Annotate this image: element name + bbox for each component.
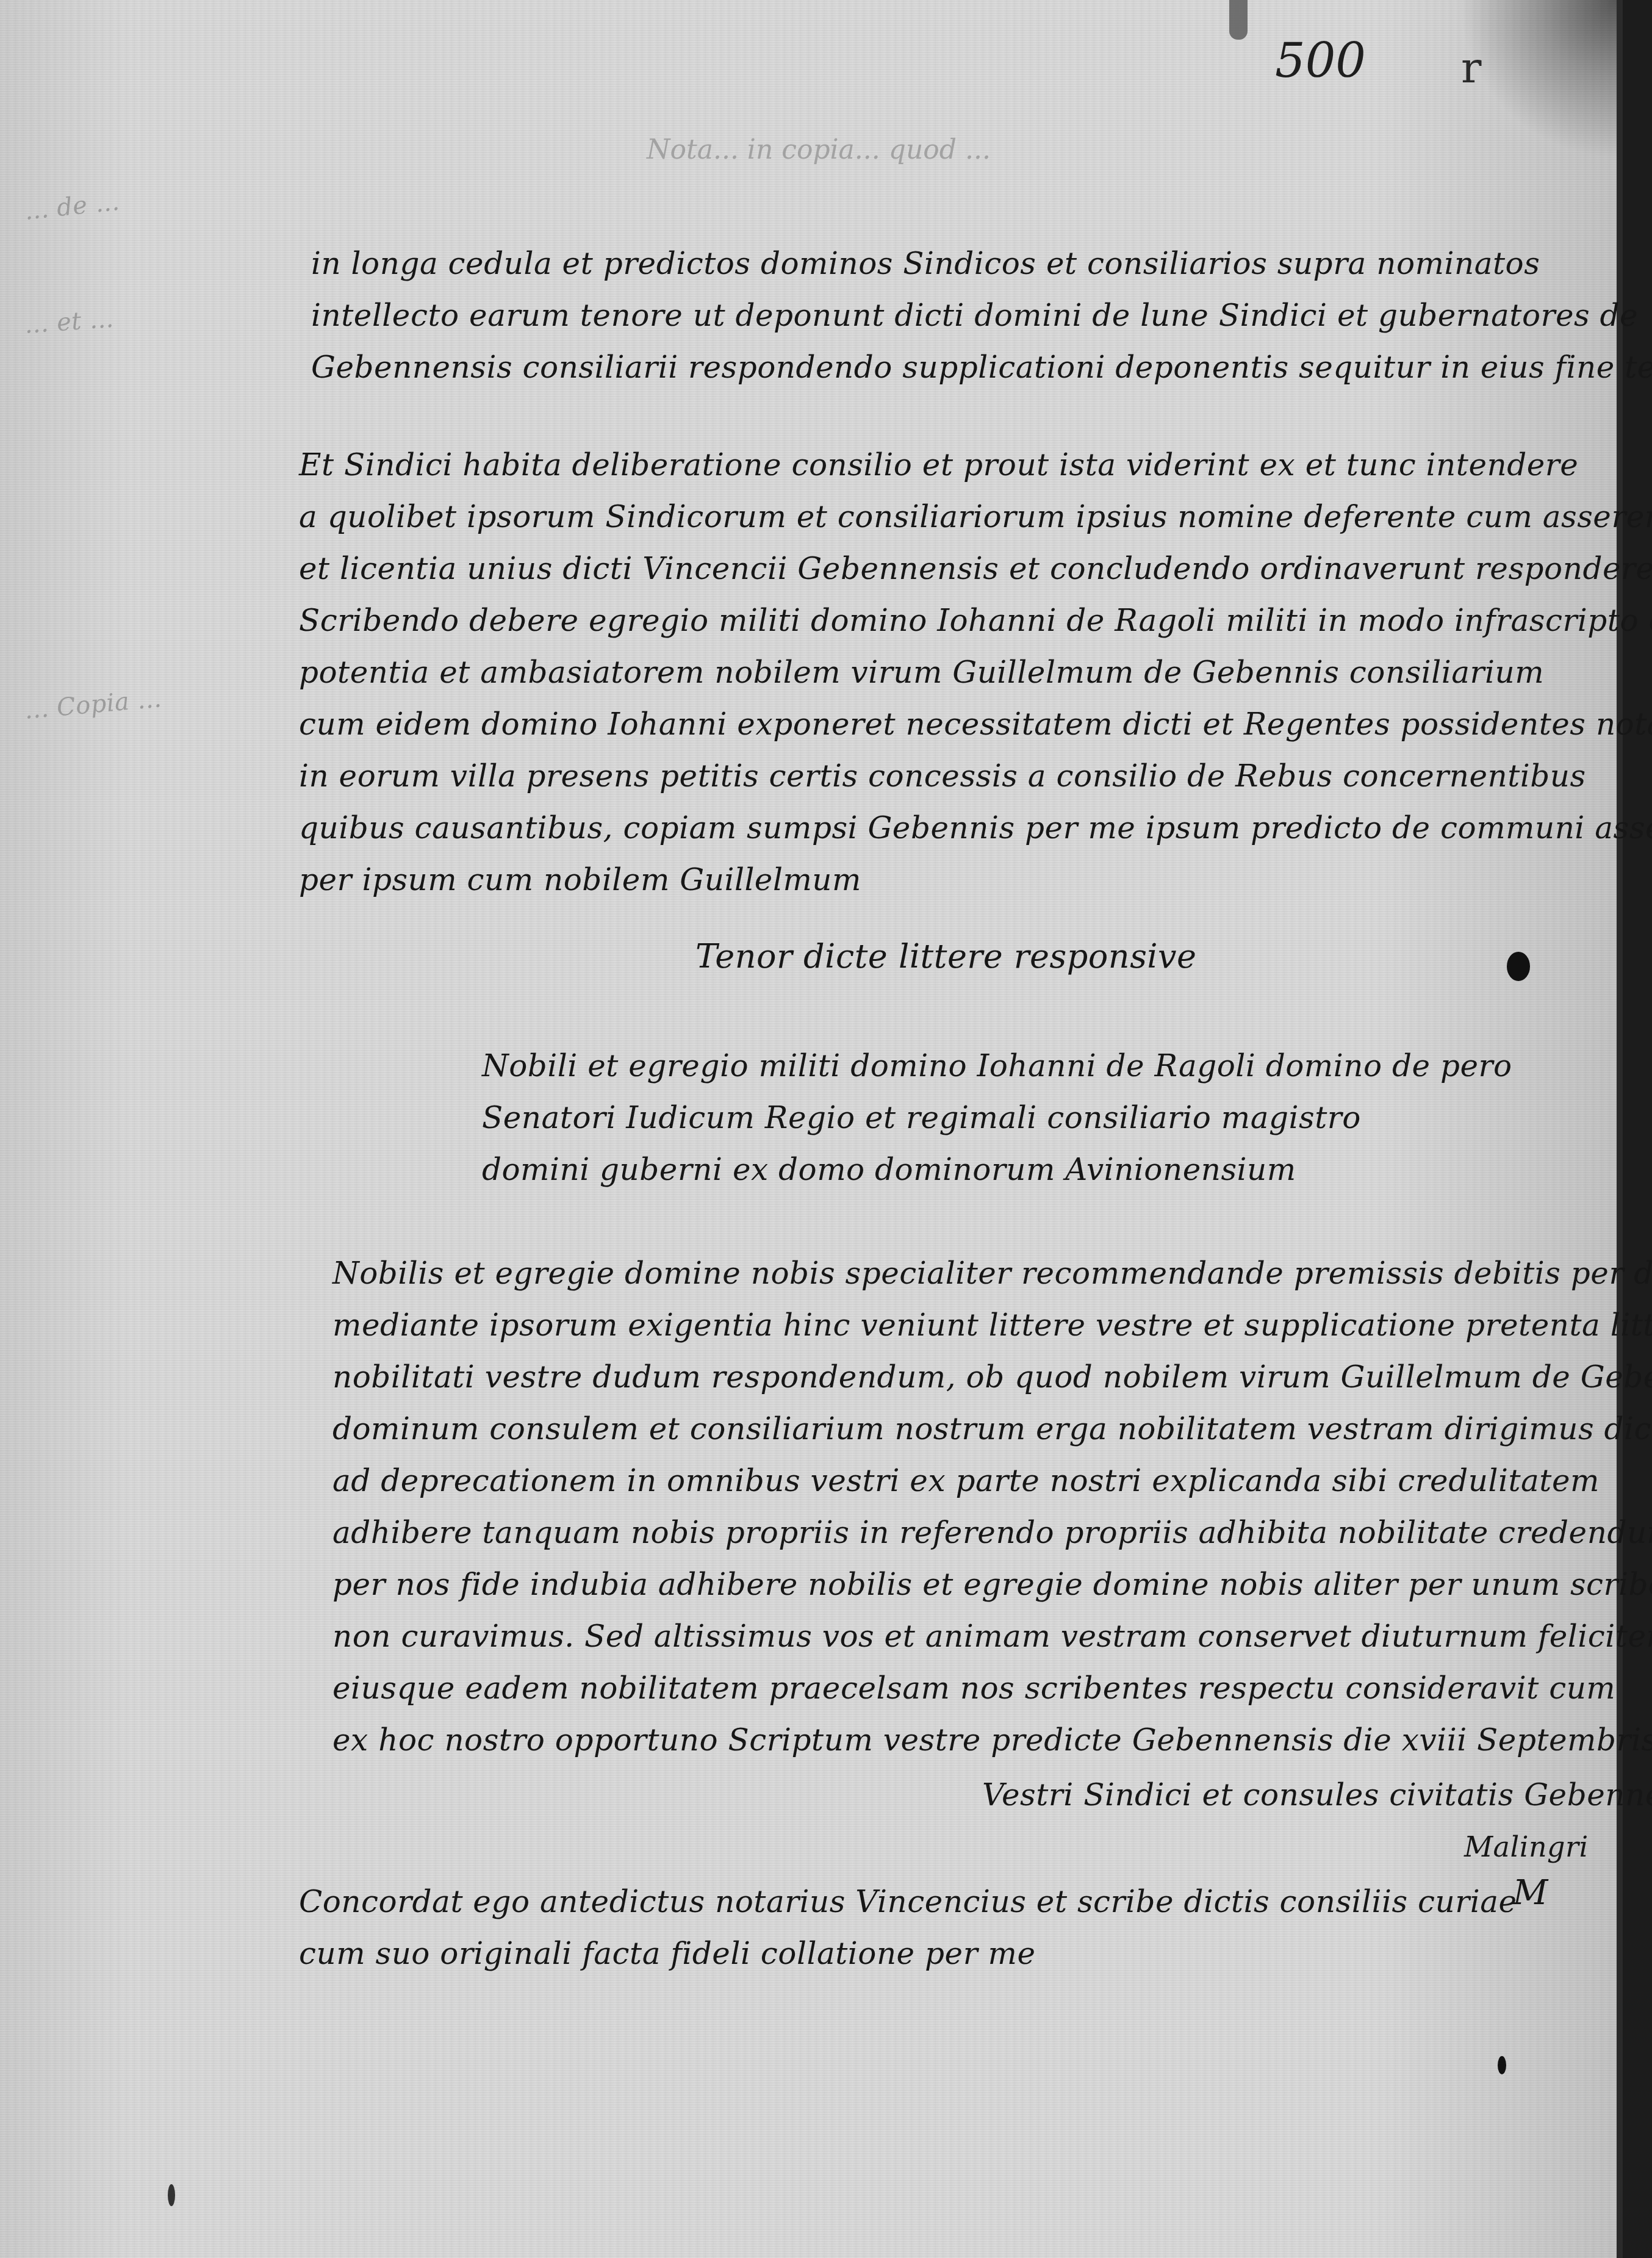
closing-block: Concordat ego antedictus notarius Vincen… [299,1876,1517,1980]
paragraph-two: Et Sindici habita deliberatione consilio… [299,439,1652,906]
notarial-mark-text: M [1513,1867,1548,1919]
text-line: a quolibet ipsorum Sindicorum et consili… [299,491,1652,543]
text-line: Concordat ego antedictus notarius Vincen… [299,1876,1517,1928]
ink-spot [1507,952,1530,981]
text-line: in eorum villa presens petitis certis co… [299,750,1652,802]
page-corner-shadow [1458,0,1617,159]
text-line: cum suo originali facta fideli collation… [299,1928,1517,1980]
margin-note: ... et ... [23,294,163,347]
text-line: non curavimus. Sed altissimus vos et ani… [332,1611,1652,1663]
text-line: Scribendo debere egregio militi domino I… [299,595,1652,647]
signature-name: Malingri [1464,1821,1589,1873]
top-faint-note: Nota... in copia... quod ... [647,134,991,165]
text-line: intellecto earum tenore ut deponunt dict… [311,290,1652,342]
opening-block: in longa cedula et predictos dominos Sin… [311,238,1652,394]
text-line: per ipsum cum nobilem Guillelmum [299,854,1652,906]
subscription-text: Vestri Sindici et consules civitatis Geb… [982,1769,1652,1821]
letter-body: Nobilis et egregie domine nobis speciali… [332,1248,1652,1766]
signature: Malingri [1464,1821,1589,1873]
left-margin-notes: ... de ... ... et ... ... Copia ... [24,183,162,726]
text-line: potentia et ambasiatorem nobilem virum G… [299,647,1652,699]
text-line: quibus causantibus, copiam sumpsi Gebenn… [299,802,1652,854]
ink-spot [1498,2056,1506,2074]
text-line: Et Sindici habita deliberatione consilio… [299,439,1652,491]
folio-number: 500 [1275,34,1366,88]
text-line: in longa cedula et predictos dominos Sin… [311,238,1652,290]
manuscript-page: 500 r Nota... in copia... quod ... ... d… [0,0,1623,2258]
text-line: per nos fide indubia adhibere nobilis et… [332,1559,1652,1611]
text-line: et licentia unius dicti Vincencii Gebenn… [299,543,1652,595]
text-line: domini guberni ex domo dominorum Avinion… [482,1144,1512,1196]
text-line: dominum consulem et consiliarium nostrum… [332,1403,1652,1455]
text-line: Nobilis et egregie domine nobis speciali… [332,1248,1652,1300]
heading-text: Tenor dicte littere responsive [695,930,1197,982]
margin-note: ... de ... [23,176,163,232]
address-block: Nobili et egregio militi domino Iohanni … [482,1040,1512,1196]
text-line: Nobili et egregio militi domino Iohanni … [482,1040,1512,1092]
margin-note: ... Copia ... [23,677,163,732]
subscription: Vestri Sindici et consules civitatis Geb… [982,1769,1652,1821]
text-line: cum eidem domino Iohanni exponeret neces… [299,699,1652,750]
letter-heading: Tenor dicte littere responsive [695,930,1197,982]
text-line: adhibere tanquam nobis propriis in refer… [332,1507,1652,1559]
ink-spot [168,2184,175,2206]
text-line: mediante ipsorum exigentia hinc veniunt … [332,1300,1652,1351]
notarial-mark: M [1513,1867,1548,1919]
text-line: eiusque eadem nobilitatem praecelsam nos… [332,1663,1652,1714]
ink-blot [1229,0,1248,40]
text-line: Senatori Iudicum Regio et regimali consi… [482,1092,1512,1144]
text-line: ex hoc nostro opportuno Scriptum vestre … [332,1714,1652,1766]
text-line: nobilitati vestre dudum respondendum, ob… [332,1351,1652,1403]
folio-mark: r [1461,43,1481,93]
text-line: Gebennensis consiliarii respondendo supp… [311,342,1652,394]
text-line: ad deprecationem in omnibus vestri ex pa… [332,1455,1652,1507]
